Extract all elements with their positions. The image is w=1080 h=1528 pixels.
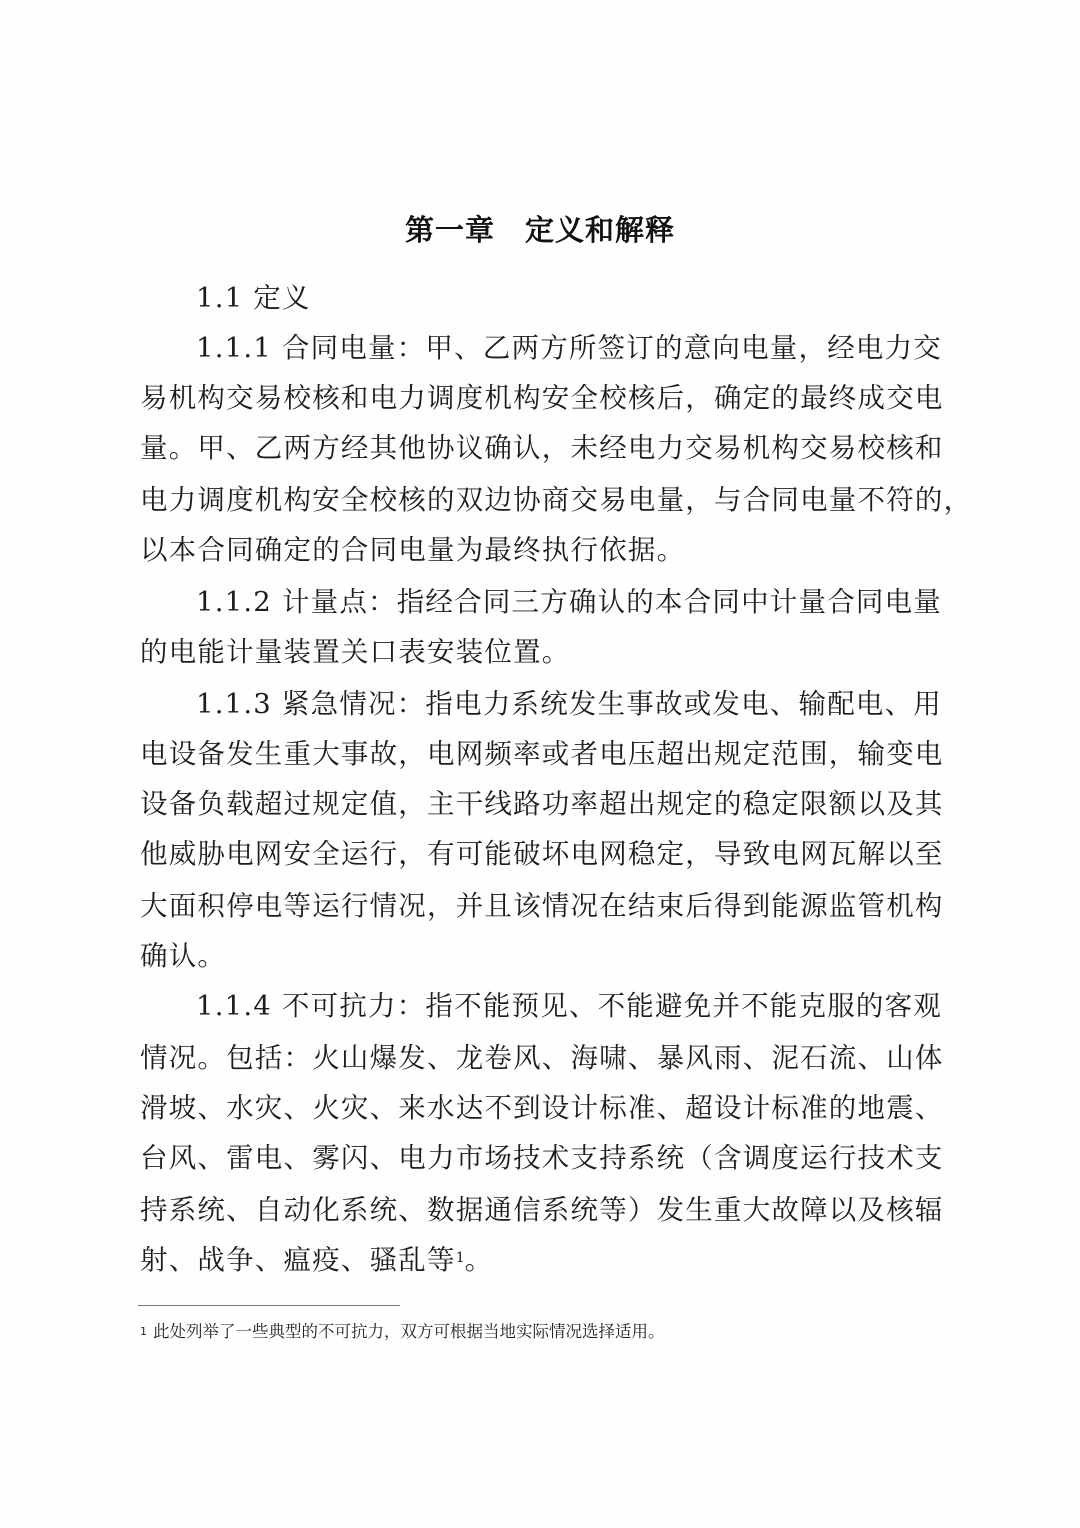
clause-1-1-3-line: 设备负载超过规定值，主干线路功率超出规定的稳定限额以及其 [140,784,940,824]
clause-1-1-4-line: 台风、雷电、雾闪、电力市场技术支持系统（含调度运行技术支 [140,1138,940,1178]
footnote: 1此处列举了一些典型的不可抗力，双方可根据当地实际情况选择适用。 [140,1320,665,1344]
clause-1-1-4-line: 情况。包括：火山爆发、龙卷风、海啸、暴风雨、泥石流、山体 [140,1038,940,1078]
clause-1-1-1-line: 易机构交易校核和电力调度机构安全校核后，确定的最终成交电 [140,378,940,418]
footnote-mark: 1 [140,1325,147,1338]
clause-1-1-1-line: 以本合同确定的合同电量为最终执行依据。 [140,530,940,570]
chapter-name: 定义和解释 [525,213,675,247]
clause-1-1-2-line: 1.1.2 计量点：指经合同三方确认的本合同中计量合同电量 [196,582,940,622]
clause-1-1-3-line: 大面积停电等运行情况，并且该情况在结束后得到能源监管机构 [140,886,940,926]
footnote-reference[interactable]: 1 [456,1250,465,1266]
clause-1-1-3-line: 电设备发生重大事故，电网频率或者电压超出规定范围，输变电 [140,734,940,774]
chapter-number: 第一章 [405,213,495,247]
clause-1-1-3-line: 确认。 [140,936,940,976]
clause-1-1-1-line: 1.1.1 合同电量：甲、乙两方所签订的意向电量，经电力交 [196,328,940,368]
section-heading: 1.1 定义 [196,278,940,318]
chapter-title: 第一章定义和解释 [0,210,1080,250]
clause-1-1-4-line: 1.1.4 不可抗力：指不能预见、不能避免并不能克服的客观 [196,986,940,1026]
footnote-text: 此处列举了一些典型的不可抗力，双方可根据当地实际情况选择适用。 [153,1322,665,1341]
clause-1-1-4-line: 持系统、自动化系统、数据通信系统等）发生重大故障以及核辐 [140,1190,940,1230]
clause-1-1-1-line: 电力调度机构安全校核的双边协商交易电量，与合同电量不符的， [140,480,954,520]
clause-1-1-4-last-line: 射、战争、瘟疫、骚乱等1。 [140,1240,940,1280]
document-page: 第一章定义和解释 1.1 定义 1.1.1 合同电量：甲、乙两方所签订的意向电量… [0,0,1080,1528]
clause-1-1-3-line: 1.1.3 紧急情况：指电力系统发生事故或发电、输配电、用 [196,684,940,724]
clause-1-1-4-line-end: 。 [465,1244,494,1276]
clause-1-1-4-line-text: 射、战争、瘟疫、骚乱等 [140,1244,456,1276]
clause-1-1-2-line: 的电能计量装置关口表安装位置。 [140,632,940,672]
clause-1-1-4-line: 滑坡、水灾、火灾、来水达不到设计标准、超设计标准的地震、 [140,1088,940,1128]
footnote-divider [138,1305,400,1306]
clause-1-1-1-line: 量。甲、乙两方经其他协议确认，未经电力交易机构交易校核和 [140,428,940,468]
clause-1-1-3-line: 他威胁电网安全运行，有可能破坏电网稳定，导致电网瓦解以至 [140,834,940,874]
